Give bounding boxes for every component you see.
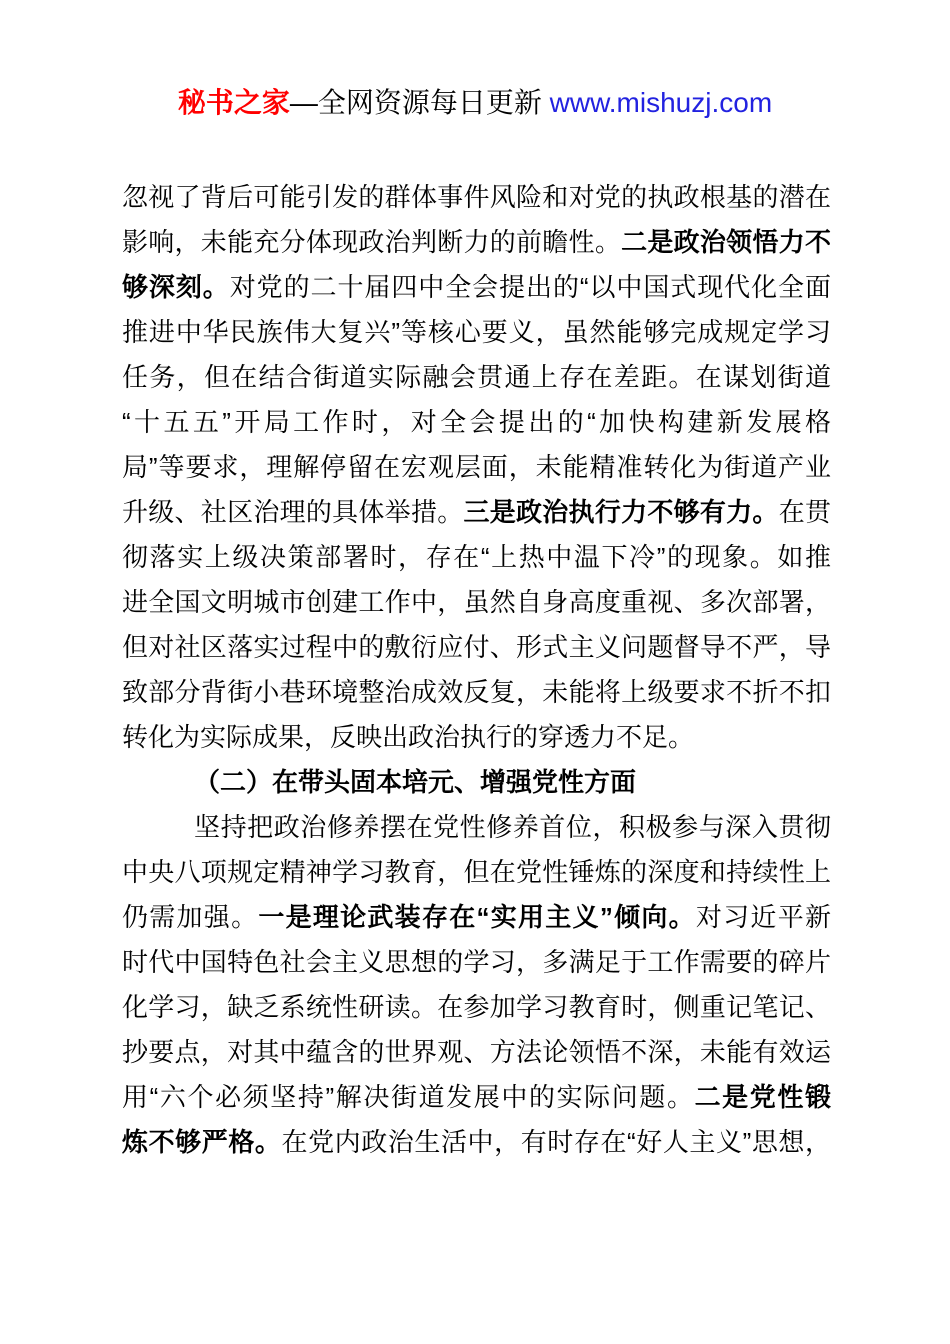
bold-text-segment: （二）在带头固本培元、增强党性方面 [194,767,636,797]
text-segment: 对党的二十届四中全会提出的“以中国式现代化全面 [230,272,831,302]
text-line: 时代中国特色社会主义思想的学习，多满足于工作需要的碎片 [122,940,831,985]
text-segment: 在党内政治生活中，有时存在“好人主义”思想， [281,1127,831,1157]
site-header: 秘书之家—全网资源每日更新 www.mishuzj.com [0,80,950,125]
text-segment: 时代中国特色社会主义思想的学习，多满足于工作需要的碎片 [122,947,831,977]
text-segment: 化学习，缺乏系统性研读。在参加学习教育时，侧重记笔记、 [122,992,831,1022]
text-line: 任务，但在结合街道实际融会贯通上存在差距。在谋划街道 [122,355,831,400]
site-brand: 秘书之家 [178,87,290,118]
text-line: 转化为实际成果，反映出政治执行的穿透力不足。 [122,715,831,760]
text-line: 抄要点，对其中蕴含的世界观、方法论领悟不深，未能有效运 [122,1030,831,1075]
text-line: “十五五”开局工作时，对全会提出的“加快构建新发展格 [122,400,831,445]
text-segment: 彻落实上级决策部署时，存在“上热中温下冷”的现象。如推 [122,542,831,572]
text-segment: “十五五”开局工作时，对全会提出的“加快构建新发展格 [122,407,831,437]
site-url-link[interactable]: www.mishuzj.com [550,87,772,118]
text-segment: 抄要点，对其中蕴含的世界观、方法论领悟不深，未能有效运 [122,1037,831,1067]
bold-text-segment: 够深刻。 [122,272,230,302]
text-line: 局”等要求，理解停留在宏观层面，未能精准转化为街道产业 [122,445,831,490]
text-segment: 在贯 [779,497,831,527]
text-line: 坚持把政治修养摆在党性修养首位，积极参与深入贯彻 [122,805,831,850]
text-line: 彻落实上级决策部署时，存在“上热中温下冷”的现象。如推 [122,535,831,580]
site-tagline: —全网资源每日更新 [290,87,550,118]
text-segment: 推进中华民族伟大复兴”等核心要义，虽然能够完成规定学习 [122,317,831,347]
section-heading: （二）在带头固本培元、增强党性方面 [122,760,831,805]
text-segment: 忽视了背后可能引发的群体事件风险和对党的执政根基的潜在 [122,182,831,212]
text-line: 推进中华民族伟大复兴”等核心要义，虽然能够完成规定学习 [122,310,831,355]
text-segment: 仍需加强。 [122,902,258,932]
text-line: 炼不够严格。在党内政治生活中，有时存在“好人主义”思想， [122,1120,831,1165]
text-segment: 转化为实际成果，反映出政治执行的穿透力不足。 [122,722,694,752]
text-segment: 对习近平新 [696,902,831,932]
text-segment: 坚持把政治修养摆在党性修养首位，积极参与深入贯彻 [194,812,831,842]
text-segment: 影响，未能充分体现政治判断力的前瞻性。 [122,227,621,257]
text-line: 中央八项规定精神学习教育，但在党性锤炼的深度和持续性上 [122,850,831,895]
bold-text-segment: 三是政治执行力不够有力。 [463,497,778,527]
text-segment: 致部分背街小巷环境整治成效反复，未能将上级要求不折不扣 [122,677,831,707]
text-segment: 但对社区落实过程中的敷衍应付、形式主义问题督导不严，导 [122,632,831,662]
text-line: 化学习，缺乏系统性研读。在参加学习教育时，侧重记笔记、 [122,985,831,1030]
document-page: 秘书之家—全网资源每日更新 www.mishuzj.com 忽视了背后可能引发的… [0,0,950,1344]
text-line: 但对社区落实过程中的敷衍应付、形式主义问题督导不严，导 [122,625,831,670]
bold-text-segment: 二是党性锻 [695,1082,831,1112]
text-segment: 任务，但在结合街道实际融会贯通上存在差距。在谋划街道 [122,362,831,392]
text-line: 致部分背街小巷环境整治成效反复，未能将上级要求不折不扣 [122,670,831,715]
bold-text-segment: 炼不够严格。 [122,1127,281,1157]
text-segment: 中央八项规定精神学习教育，但在党性锤炼的深度和持续性上 [122,857,831,887]
document-body: 忽视了背后可能引发的群体事件风险和对党的执政根基的潜在影响，未能充分体现政治判断… [122,175,831,1165]
bold-text-segment: 二是政治领悟力不 [621,227,831,257]
text-line: 忽视了背后可能引发的群体事件风险和对党的执政根基的潜在 [122,175,831,220]
bold-text-segment: 一是理论武装存在“实用主义”倾向。 [258,902,696,932]
text-line: 影响，未能充分体现政治判断力的前瞻性。二是政治领悟力不 [122,220,831,265]
text-line: 升级、社区治理的具体举措。三是政治执行力不够有力。在贯 [122,490,831,535]
text-segment: 进全国文明城市创建工作中，虽然自身高度重视、多次部署， [122,587,831,617]
text-segment: 升级、社区治理的具体举措。 [122,497,463,527]
text-line: 仍需加强。一是理论武装存在“实用主义”倾向。对习近平新 [122,895,831,940]
text-segment: 局”等要求，理解停留在宏观层面，未能精准转化为街道产业 [122,452,831,482]
text-line: 够深刻。对党的二十届四中全会提出的“以中国式现代化全面 [122,265,831,310]
text-line: 进全国文明城市创建工作中，虽然自身高度重视、多次部署， [122,580,831,625]
text-segment: 用“六个必须坚持”解决街道发展中的实际问题。 [122,1082,695,1112]
text-line: 用“六个必须坚持”解决街道发展中的实际问题。二是党性锻 [122,1075,831,1120]
